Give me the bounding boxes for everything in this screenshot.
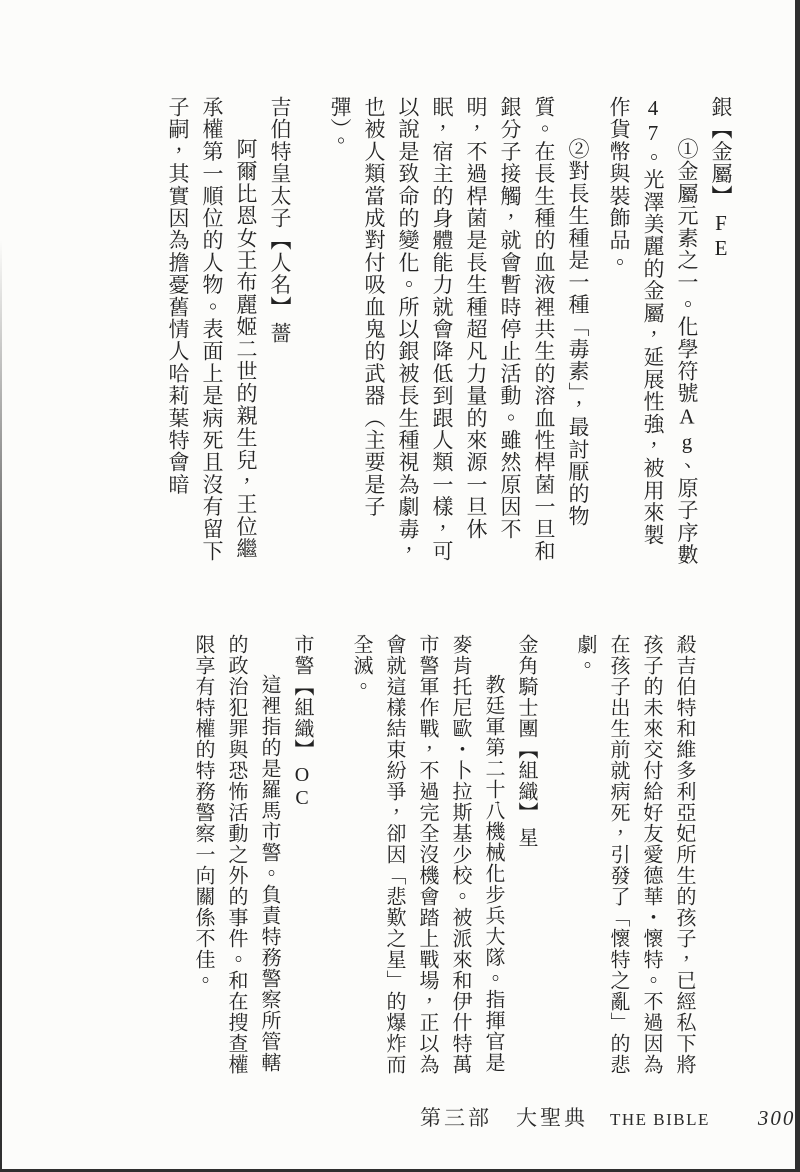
- glossary-top-section: 銀【金屬】FE ①金屬元素之一。化學符號Ag、原子序數47。光澤美麗的金屬，延展…: [161, 96, 738, 568]
- footer-part-label: 第三部: [420, 1102, 492, 1132]
- entry-golden-horn-knights: 金角騎士團【組織】星 教廷軍第二十八機械化步兵大隊。指揮官是麥肯托尼歐・卜拉斯基…: [344, 634, 542, 1086]
- entry-category: 【人名】: [268, 229, 292, 318]
- entry-paragraph-continuation: 殺吉伯特和維多利亞妃所生的孩子，已經私下將孩子的未來交付給好友愛德華・懷特。不過…: [568, 634, 700, 1086]
- entry-heading: 吉伯特皇太子【人名】薔: [263, 96, 297, 568]
- entry-tag: 星: [515, 827, 537, 848]
- footer-book-title-en: THE BIBLE: [610, 1110, 710, 1130]
- entry-category: 【組織】: [291, 676, 313, 760]
- entry-paragraph: 這裡指的是羅馬市警。負責特務警察所管轄的政治犯罪與恐怖活動之外的事件。和在搜查權…: [186, 634, 285, 1086]
- entry-category: 【金屬】: [709, 118, 733, 207]
- footer-book-title: 大聖典: [516, 1102, 588, 1132]
- entry-term: 市警: [291, 634, 313, 676]
- entry-heading: 市警【組織】OC: [285, 634, 318, 1086]
- entry-city-police: 市警【組織】OC 這裡指的是羅馬市警。負責特務警察所管轄的政治犯罪與恐怖活動之外…: [186, 634, 318, 1086]
- entry-tag: OC: [291, 764, 313, 810]
- page-number: 300: [758, 1106, 796, 1131]
- entry-prince-gilbert: 吉伯特皇太子【人名】薔 阿爾比恩女王布麗姬二世的親生兒，王位繼承權第一順位的人物…: [161, 96, 297, 568]
- entry-term: 吉伯特皇太子: [268, 96, 292, 229]
- book-page: 銀【金屬】FE ①金屬元素之一。化學符號Ag、原子序數47。光澤美麗的金屬，延展…: [0, 0, 800, 1172]
- entry-paragraph: ①金屬元素之一。化學符號Ag、原子序數47。光澤美麗的金屬，延展性強，被用來製作…: [602, 96, 704, 568]
- entry-category: 【組織】: [515, 739, 537, 823]
- entry-paragraph: ②對長生種是一種「毒素」，最討厭的物質。在長生種的血液裡共生的溶血性桿菌一旦和銀…: [323, 96, 595, 568]
- entry-paragraph: 阿爾比恩女王布麗姬二世的親生兒，王位繼承權第一順位的人物。表面上是病死且沒有留下…: [161, 96, 263, 568]
- entry-term: 銀: [709, 96, 733, 118]
- upright-latin-run: Ag: [675, 404, 699, 454]
- glossary-bottom-section: 殺吉伯特和維多利亞妃所生的孩子，已經私下將孩子的未來交付給好友愛德華・懷特。不過…: [186, 634, 700, 1086]
- entry-silver: 銀【金屬】FE ①金屬元素之一。化學符號Ag、原子序數47。光澤美麗的金屬，延展…: [323, 96, 738, 568]
- scan-edge-right: [795, 0, 800, 1172]
- scan-edge-left: [0, 240, 2, 1172]
- entry-heading: 金角騎士團【組織】星: [509, 634, 542, 1086]
- upright-latin-run: 47: [641, 96, 665, 146]
- page-footer: 第三部 大聖典 THE BIBLE 300: [420, 1102, 795, 1132]
- entry-paragraph: 教廷軍第二十八機械化步兵大隊。指揮官是麥肯托尼歐・卜拉斯基少校。被派來和伊什特萬…: [344, 634, 509, 1086]
- entry-term: 金角騎士團: [515, 634, 537, 739]
- entry-tag: FE: [709, 211, 733, 261]
- entry-tag: 薔: [268, 322, 292, 344]
- entry-heading: 銀【金屬】FE: [704, 96, 738, 568]
